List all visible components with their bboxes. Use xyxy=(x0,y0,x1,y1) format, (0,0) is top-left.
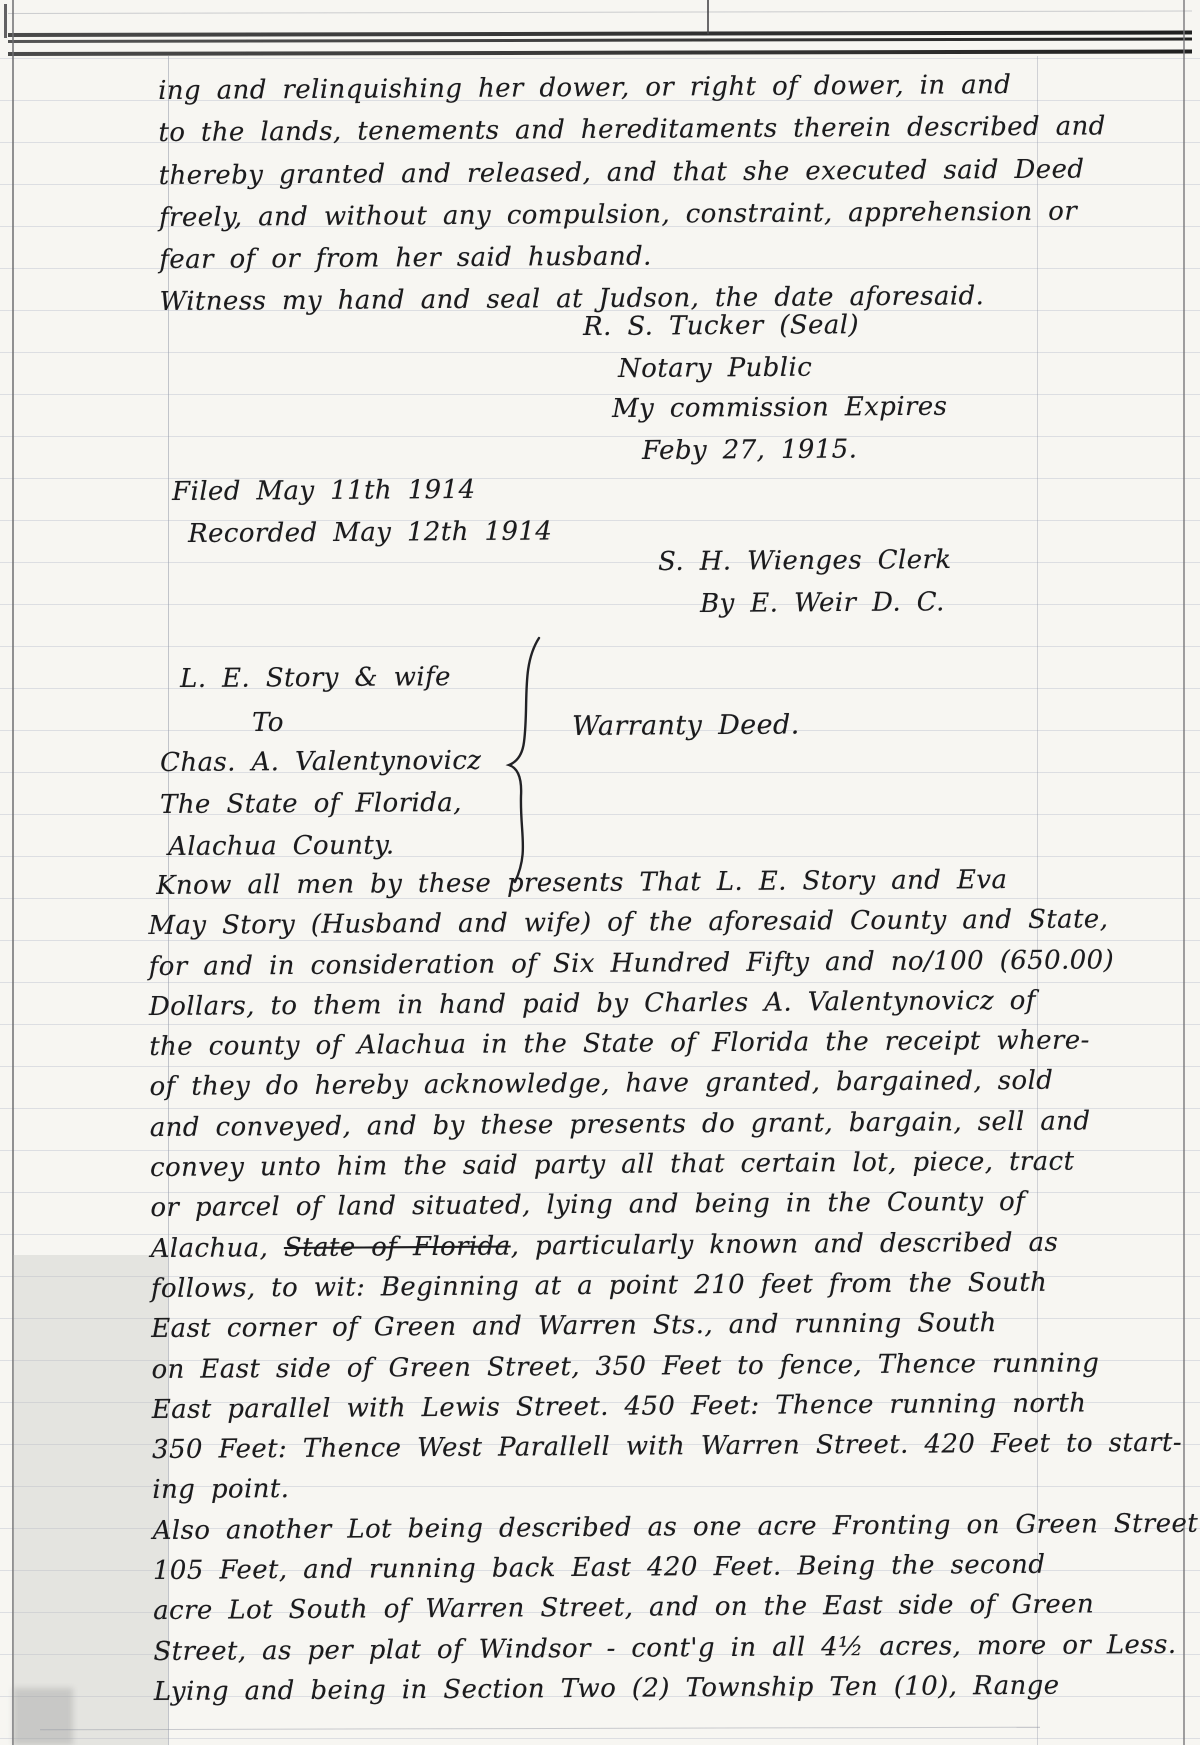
header-rule-1 xyxy=(8,31,1192,37)
acknowledgment-paragraph: ing and relinquishing her dower, or righ… xyxy=(158,63,1107,323)
scan-shading xyxy=(13,1255,168,1745)
notary-title: Notary Public xyxy=(618,353,812,384)
bottom-scan-line xyxy=(40,1727,1040,1731)
recorded-date: Recorded May 12th 1914 xyxy=(188,516,552,549)
handwritten-line: Lying and being in Section Two (2) Towns… xyxy=(154,1665,1200,1713)
notary-signature: R. S. Tucker (Seal) xyxy=(583,310,859,342)
notary-commission-date: Feby 27, 1915. xyxy=(642,434,857,466)
clerk-signature: S. H. Wienges Clerk xyxy=(658,545,952,577)
handwritten-line: for and in consideration of Six Hundred … xyxy=(149,939,1195,987)
handwritten-line: May Story (Husband and wife) of the afor… xyxy=(148,899,1194,947)
handwritten-line: to the lands, tenements and hereditament… xyxy=(158,106,1106,155)
handwritten-line: of they do hereby acknowledge, have gran… xyxy=(149,1060,1195,1108)
grantee-name: Chas. A. Valentynovicz xyxy=(160,746,481,778)
scanned-deed-page: { "colors": { "ink": "#1b1b1d", "paper":… xyxy=(0,0,1200,1745)
handwritten-line: 350 Feet: Thence West Parallell with War… xyxy=(152,1423,1198,1471)
deed-body-paragraph: Know all men by these presents That L. E… xyxy=(148,859,1199,1713)
top-left-edge-mark xyxy=(4,4,7,38)
handwritten-line: freely, and without any compulsion, cons… xyxy=(159,190,1107,239)
header-rule-faint xyxy=(8,11,1192,14)
handwritten-line: on East side of Green Street, 350 Feet t… xyxy=(151,1342,1197,1390)
header-rule-2 xyxy=(8,38,1192,43)
handwritten-line: follows, to wit: Beginning at a point 21… xyxy=(151,1262,1197,1310)
top-center-fold-mark xyxy=(707,0,709,34)
header-rule-3 xyxy=(8,50,1192,56)
handwritten-line: convey unto him the said party all that … xyxy=(150,1141,1196,1189)
handwritten-line: thereby granted and released, and that s… xyxy=(159,148,1107,197)
caption-brace xyxy=(505,636,549,886)
notary-commission-text: My commission Expires xyxy=(612,392,947,424)
grantor-name: L. E. Story & wife xyxy=(180,662,451,694)
scan-corner-smudge xyxy=(13,1688,73,1745)
deputy-clerk-signature: By E. Weir D. C. xyxy=(700,587,945,619)
filed-date: Filed May 11th 1914 xyxy=(172,475,476,507)
handwritten-line: acre Lot South of Warren Street, and on … xyxy=(153,1584,1199,1632)
jurisdiction-state: The State of Florida, xyxy=(160,788,462,820)
instrument-title: Warranty Deed. xyxy=(572,710,800,742)
jurisdiction-county: Alachua County. xyxy=(168,830,395,862)
handwritten-line: fear of or from her said husband. xyxy=(159,233,1107,282)
caption-connector: To xyxy=(252,708,284,738)
handwritten-line: ing and relinquishing her dower, or righ… xyxy=(158,63,1106,112)
